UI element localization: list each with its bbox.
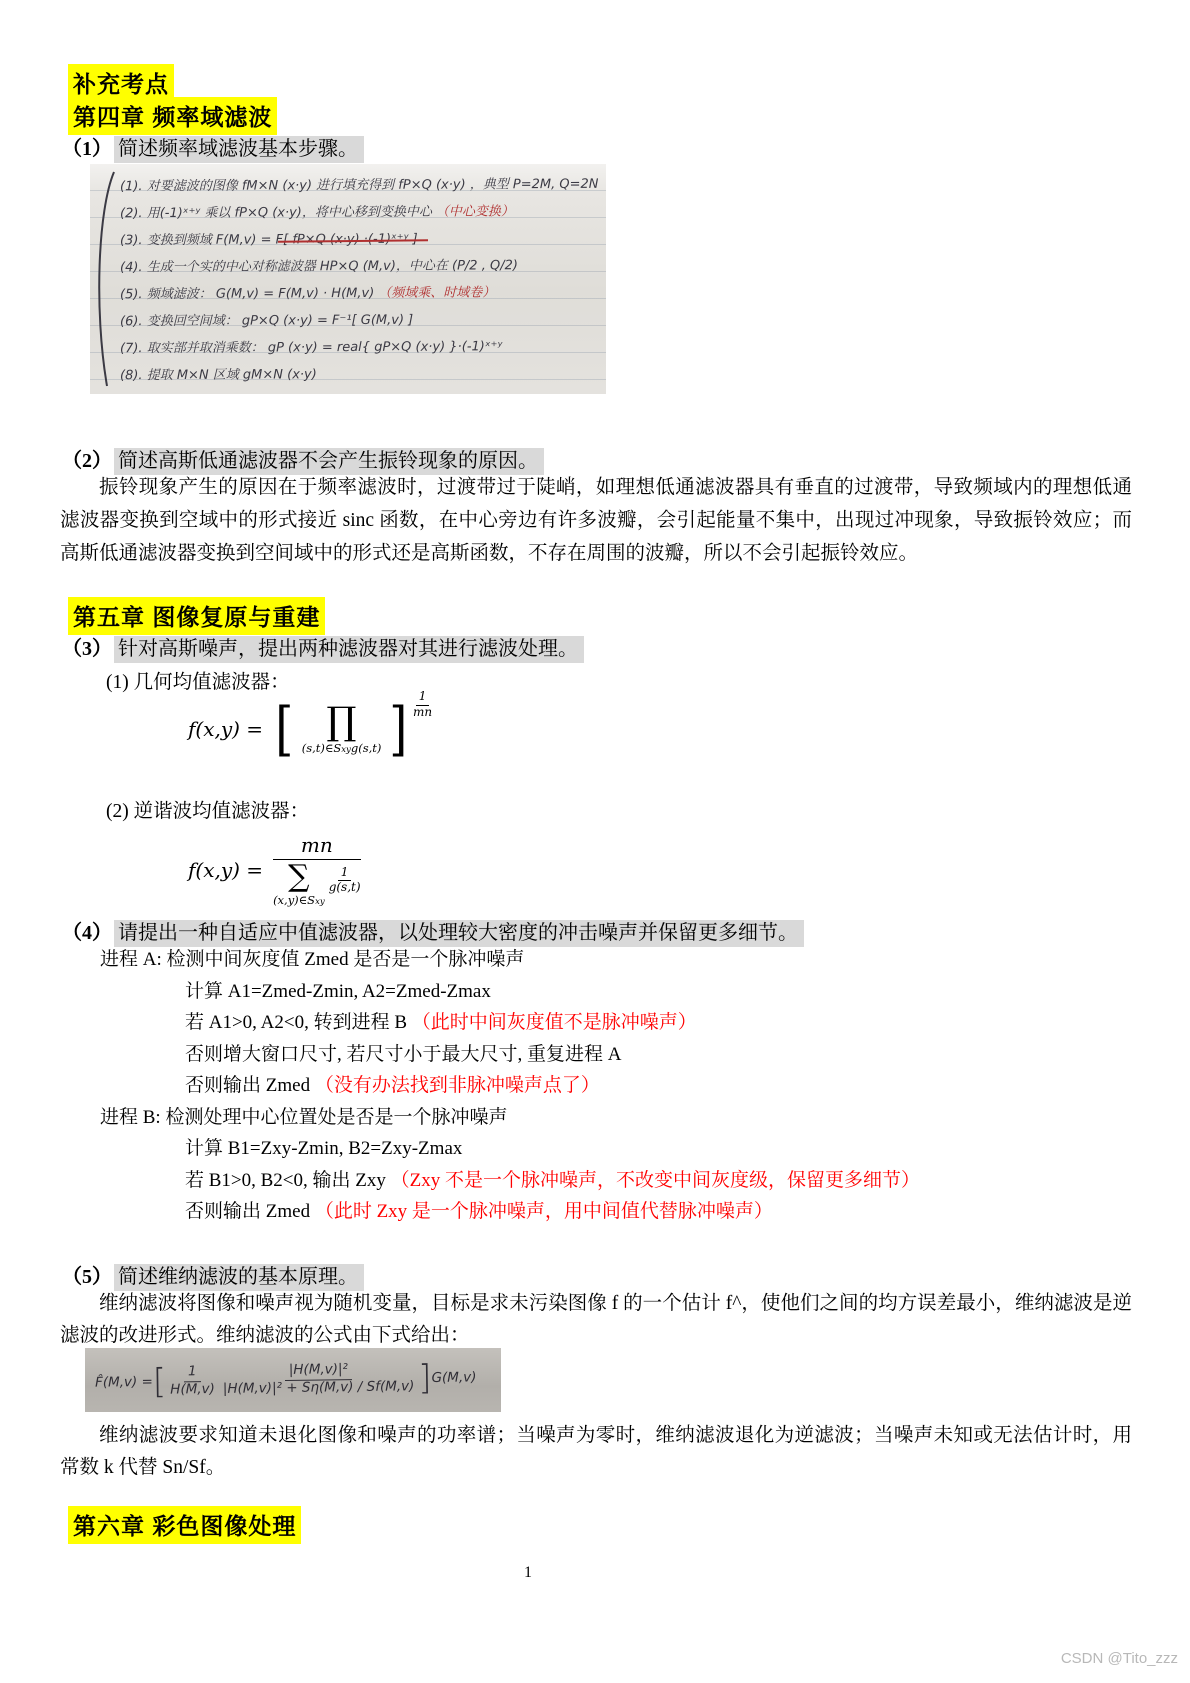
product-subscript: (s,t)∈Sxyg(s,t) xyxy=(302,742,382,755)
document-page: 补充考点 第四章 频率域滤波 （1）简述频率域滤波基本步骤。 (1). 对要滤波… xyxy=(0,0,1190,1683)
fraction-bar xyxy=(273,859,360,860)
product-symbol: ∏ xyxy=(326,702,356,740)
question-3-text: 针对高斯噪声，提出两种滤波器对其进行滤波处理。 xyxy=(114,636,584,663)
watermark: CSDN @Tito_zzz xyxy=(1061,1650,1178,1667)
handwritten-step-1: (1). 对要滤波的图像 fM×N (x·y) 进行填充得到 fP×Q (x·y… xyxy=(120,171,604,201)
question-1: （1）简述频率域滤波基本步骤。 xyxy=(62,132,364,161)
algo-step: 进程 B: 检测处理中心位置处是否是一个脉冲噪声 xyxy=(100,1102,1160,1134)
chapter6-heading-text: 第六章 彩色图像处理 xyxy=(68,1506,301,1544)
question-4-number: （4） xyxy=(62,922,112,944)
chapter4-heading-text: 第四章 频率域滤波 xyxy=(68,97,277,135)
handwritten-step-8: (8). 提取 M×N 区域 gM×N (x·y) xyxy=(120,360,604,390)
chapter4-heading: 第四章 频率域滤波 xyxy=(68,97,277,135)
inner-fraction: 1 g(s,t) xyxy=(329,866,361,894)
question-2-number: （2） xyxy=(62,450,112,472)
chapter5-heading: 第五章 图像复原与重建 xyxy=(68,597,325,635)
wiener-fraction-1: 1 H(M,v) xyxy=(170,1364,215,1398)
algo-step: 计算 B1=Zxy-Zmin, B2=Zxy-Zmax xyxy=(185,1133,1160,1165)
chapter6-heading: 第六章 彩色图像处理 xyxy=(68,1506,301,1544)
algo-step: 进程 A: 检测中间灰度值 Zmed 是否是一个脉冲噪声 xyxy=(100,944,1160,976)
handwritten-step-4: (4). 生成一个实的中心对称滤波器 HP×Q (M,v)，中心在 (P/2 ,… xyxy=(120,252,604,282)
handwritten-steps-lines: (1). 对要滤波的图像 fM×N (x·y) 进行填充得到 fP×Q (x·y… xyxy=(120,172,604,388)
question-5-number: （5） xyxy=(62,1266,112,1288)
question-3-item-2: (2) 逆谐波均值滤波器： xyxy=(106,795,309,823)
fraction-denominator: ∑ (x,y)∈Sxy 1 g(s,t) xyxy=(273,862,360,907)
sum-symbol: ∑ xyxy=(288,862,309,892)
contraharmonic-mean-formula: f(x,y) = mn ∑ (x,y)∈Sxy 1 g(s,t) xyxy=(188,833,361,907)
wiener-formula: F̂(M,v) = [ 1 H(M,v) |H(M,v)|² |H(M,v)|²… xyxy=(95,1357,477,1402)
formula-lhs: f(x,y) = xyxy=(188,858,263,882)
question-5-answer-2: 维纳滤波要求知道未退化图像和噪声的功率谱；当噪声为零时，维纳滤波退化为逆滤波；当… xyxy=(60,1420,1132,1483)
algo-step: 若 B1>0, B2<0, 输出 Zxy （Zxy 不是一个脉冲噪声，不改变中间… xyxy=(185,1165,1160,1197)
handwritten-brace-icon xyxy=(92,170,118,390)
question-2: （2）简述高斯低通滤波器不会产生振铃现象的原因。 xyxy=(62,444,544,473)
wiener-rhs: G(M,v) xyxy=(431,1369,476,1386)
question-3-number: （3） xyxy=(62,638,112,660)
handwritten-steps-photo: (1). 对要滤波的图像 fM×N (x·y) 进行填充得到 fP×Q (x·y… xyxy=(90,164,606,394)
geometric-mean-formula: f(x,y) = [ ∏ (s,t)∈Sxyg(s,t) ] 1 mn xyxy=(188,702,432,755)
question-2-answer: 振铃现象产生的原因在于频率滤波时，过渡带过于陡峭，如理想低通滤波器具有垂直的过渡… xyxy=(60,471,1132,570)
exponent-fraction: 1 mn xyxy=(413,690,432,720)
main-fraction: mn ∑ (x,y)∈Sxy 1 g(s,t) xyxy=(273,833,360,907)
adaptive-median-algorithm: 进程 A: 检测中间灰度值 Zmed 是否是一个脉冲噪声 计算 A1=Zmed-… xyxy=(60,944,1160,1228)
question-1-number: （1） xyxy=(62,138,112,160)
question-5: （5）简述维纳滤波的基本原理。 xyxy=(62,1260,364,1289)
question-5-answer-1: 维纳滤波将图像和噪声视为随机变量，目标是求未污染图像 f 的一个估计 f^，使他… xyxy=(60,1288,1132,1351)
question-3-item-1: (1) 几何均值滤波器： xyxy=(106,666,290,694)
product-operator-block: ∏ (s,t)∈Sxyg(s,t) xyxy=(302,702,382,755)
chapter5-heading-text: 第五章 图像复原与重建 xyxy=(68,597,325,635)
left-bracket: [ xyxy=(153,1362,167,1402)
question-4-text: 请提出一种自适应中值滤波器，以处理较大密度的冲击噪声并保留更多细节。 xyxy=(114,920,804,947)
algo-step: 否则增大窗口尺寸, 若尺寸小于最大尺寸, 重复进程 A xyxy=(185,1039,1160,1071)
fraction-numerator: mn xyxy=(301,833,333,857)
page-number: 1 xyxy=(524,1564,532,1582)
handwritten-step-7: (7). 取实部并取消乘数： gP (x·y) = real{ gP×Q (x·… xyxy=(120,333,604,363)
sum-operator-block: ∑ (x,y)∈Sxy xyxy=(273,862,325,907)
question-4: （4）请提出一种自适应中值滤波器，以处理较大密度的冲击噪声并保留更多细节。 xyxy=(62,916,804,945)
algo-step: 若 A1>0, A2<0, 转到进程 B （此时中间灰度值不是脉冲噪声） xyxy=(185,1007,1160,1039)
question-1-text: 简述频率域滤波基本步骤。 xyxy=(114,136,364,163)
algo-step: 否则输出 Zmed （没有办法找到非脉冲噪声点了） xyxy=(185,1070,1160,1102)
wiener-lhs: F̂(M,v) = xyxy=(95,1374,153,1391)
wiener-fraction-2: |H(M,v)|² |H(M,v)|² + Sη(M,v) / Sf(M,v) xyxy=(223,1362,415,1398)
handwritten-step-5: (5). 频域滤波： G(M,v) = F(M,v) · H(M,v)（频域乘、… xyxy=(120,279,604,309)
right-bracket: ] xyxy=(390,703,408,755)
handwritten-step-2: (2). 用(-1)ˣ⁺ʸ 乘以 fP×Q (x·y)，将中心移到变换中心（中心… xyxy=(120,198,604,228)
algo-step: 计算 A1=Zmed-Zmin, A2=Zmed-Zmax xyxy=(185,976,1160,1008)
question-5-text: 简述维纳滤波的基本原理。 xyxy=(114,1264,364,1291)
formula-lhs: f(x,y) = xyxy=(188,717,263,741)
right-bracket: ] xyxy=(418,1358,432,1398)
wiener-formula-photo: F̂(M,v) = [ 1 H(M,v) |H(M,v)|² |H(M,v)|²… xyxy=(85,1348,501,1412)
question-3: （3）针对高斯噪声，提出两种滤波器对其进行滤波处理。 xyxy=(62,632,584,661)
sum-subscript: (x,y)∈Sxy xyxy=(273,894,325,907)
handwritten-step-6: (6). 变换回空间域： gP×Q (x·y) = F⁻¹[ G(M,v) ] xyxy=(120,306,604,336)
algo-step: 否则输出 Zmed （此时 Zxy 是一个脉冲噪声，用中间值代替脉冲噪声） xyxy=(185,1196,1160,1228)
left-bracket: [ xyxy=(275,703,293,755)
